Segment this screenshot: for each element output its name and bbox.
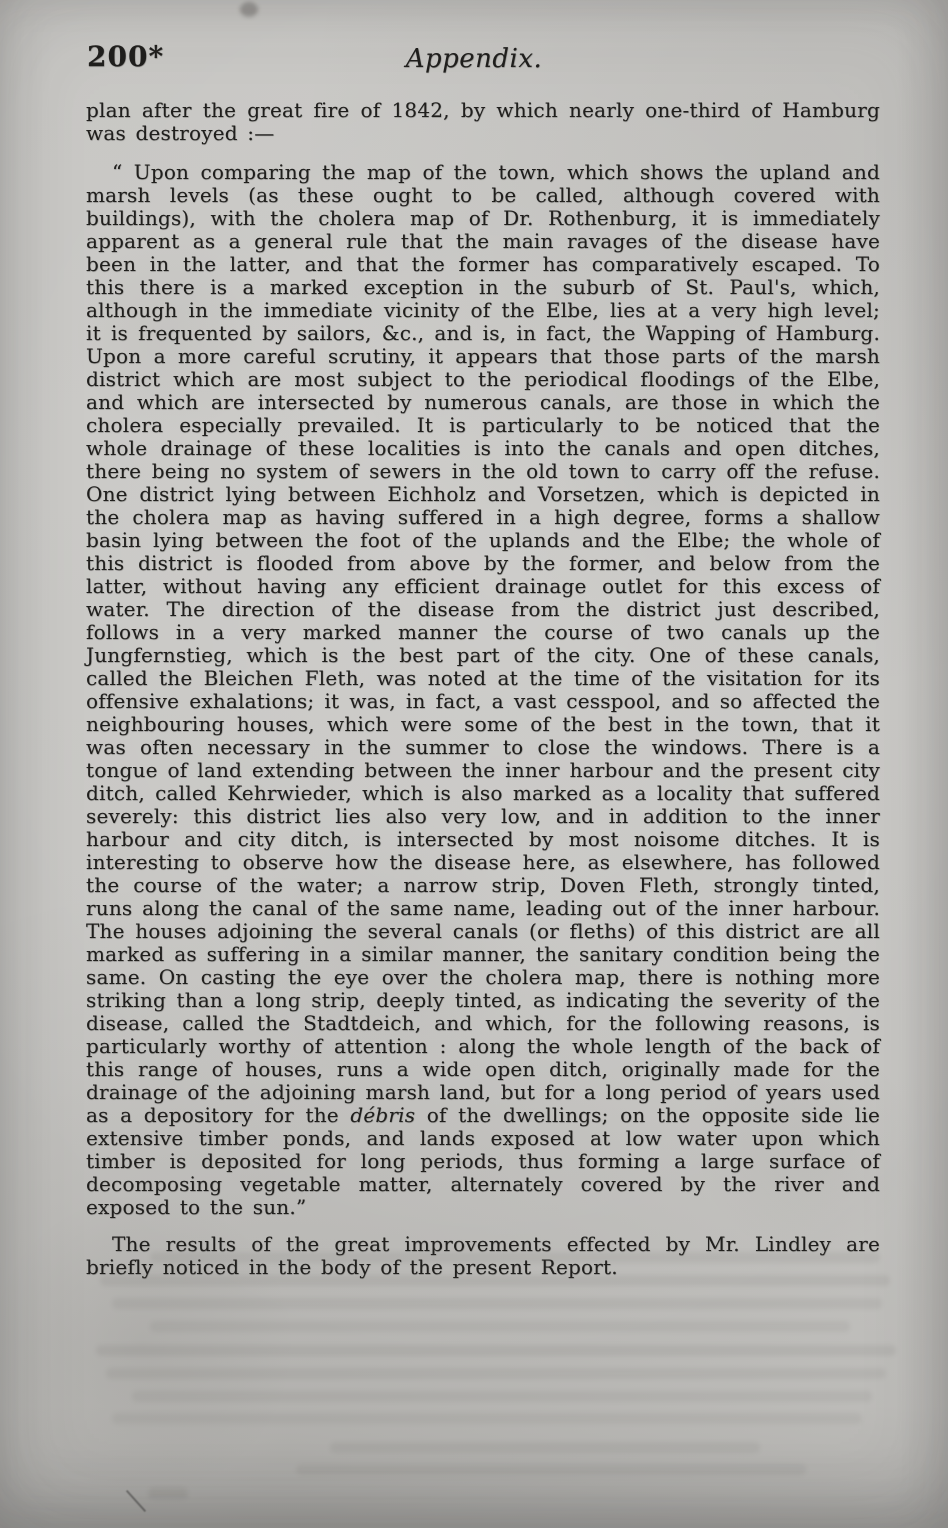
ghost-line [330, 1442, 760, 1453]
paragraph: The results of the great improvements ef… [86, 1233, 880, 1279]
ghost-line [96, 1345, 896, 1356]
text-segment: The results of the great improvements ef… [86, 1232, 880, 1279]
italic-text: débris [350, 1103, 415, 1127]
ghost-line [106, 1368, 886, 1379]
scanned-book-page: 200* Appendix. plan after the great fire… [0, 0, 948, 1528]
ghost-line [112, 1413, 862, 1424]
ghost-line [148, 1488, 188, 1499]
ghost-line [296, 1464, 806, 1475]
running-head: Appendix. [0, 44, 948, 74]
paper-scratch [126, 1490, 146, 1512]
paragraph: “ Upon comparing the map of the town, wh… [86, 161, 880, 1219]
paragraph: plan after the great fire of 1842, by wh… [86, 99, 880, 145]
ghost-line [150, 1321, 850, 1332]
body-text: plan after the great fire of 1842, by wh… [86, 99, 880, 1279]
text-segment: plan after the great fire of 1842, by wh… [86, 98, 880, 145]
ghost-line [112, 1298, 882, 1309]
ghost-line [132, 1391, 872, 1402]
text-segment: “ Upon comparing the map of the town, wh… [86, 160, 880, 1127]
ink-smudge [240, 2, 258, 17]
